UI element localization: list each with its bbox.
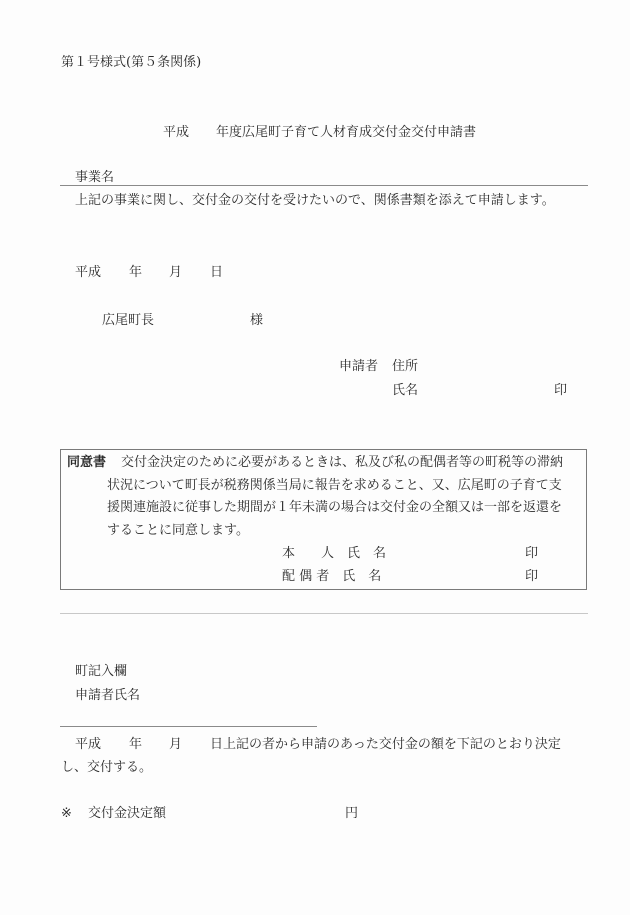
signature-self-seal: 印	[525, 546, 538, 562]
page-title: 年度広尾町子育て人材育成交付金交付申請書	[216, 125, 476, 141]
note-mark: ※	[61, 806, 72, 822]
town-section-heading: 町記入欄	[75, 664, 127, 680]
consent-line-3: 援関連施設に従事した期間が１年未満の場合は交付金の全額又は一部を返還を	[107, 500, 562, 516]
signature-self-label: 本 人 氏 名	[282, 546, 386, 562]
amount-unit: 円	[345, 806, 358, 822]
consent-line-4: することに同意します。	[107, 523, 249, 539]
application-statement: 上記の事業に関し、交付金の交付を受けたいので、関係書類を添えて申請します。	[75, 193, 555, 209]
amount-label: 交付金決定額	[88, 806, 166, 822]
consent-heading: 同意書	[67, 455, 106, 471]
title-era: 平成	[163, 125, 189, 141]
project-name-label: 事業名	[75, 170, 114, 186]
date-month: 月	[169, 265, 182, 281]
date-day: 日	[210, 265, 223, 281]
signature-spouse-seal: 印	[525, 569, 538, 585]
addressee-name: 広尾町長	[102, 313, 154, 329]
applicant-name-label: 氏名	[392, 383, 418, 399]
section-divider	[60, 613, 588, 614]
town-applicant-name-field[interactable]	[60, 726, 317, 727]
decision-era: 平成	[75, 737, 101, 753]
decision-text-2: し、交付する。	[61, 760, 152, 776]
date-era: 平成	[75, 265, 101, 281]
signature-spouse-label: 配 偶 者 氏 名	[282, 569, 381, 585]
consent-line-2: 状況について町長が税務関係当局に報告を求めること、又、広尾町の子育て支	[107, 478, 562, 494]
decision-text: 日上記の者から申請のあった交付金の額を下記のとおり決定	[210, 737, 561, 753]
addressee-honorific: 様	[250, 313, 263, 329]
decision-month: 月	[169, 737, 182, 753]
date-year: 年	[129, 265, 142, 281]
project-name-field[interactable]	[60, 185, 588, 186]
applicant-address-label: 住所	[392, 359, 418, 375]
form-number: 第１号様式(第５条関係)	[61, 55, 201, 71]
applicant-seal: 印	[554, 383, 567, 399]
decision-year: 年	[129, 737, 142, 753]
consent-line-1: 交付金決定のために必要があるときは、私及び私の配偶者等の町税等の滞納	[121, 455, 563, 471]
town-applicant-name-label: 申請者氏名	[75, 688, 140, 704]
applicant-label: 申請者	[339, 359, 378, 375]
